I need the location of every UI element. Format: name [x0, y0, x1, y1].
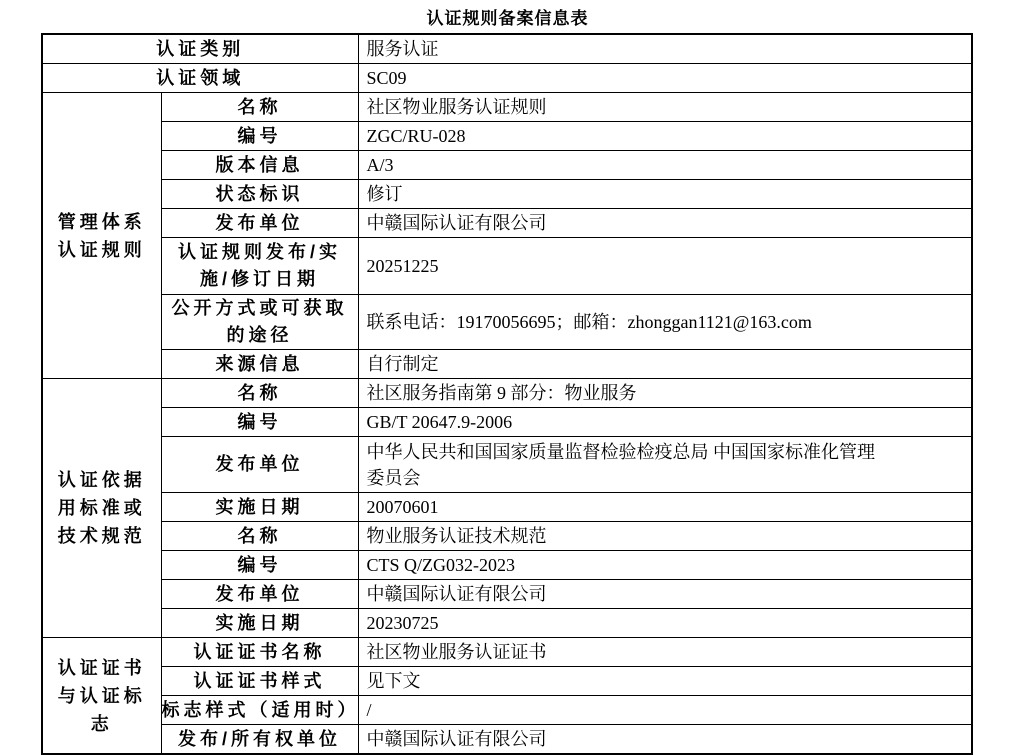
table-row: 编号 ZGC/RU-028 [42, 122, 972, 151]
field-label-number: 编号 [161, 551, 358, 580]
field-label-publisher: 发布单位 [161, 209, 358, 238]
field-label-mark-style: 标志样式（适用时） [161, 696, 358, 725]
table-row: 实施日期 20230725 [42, 609, 972, 638]
field-value-status: 修订 [358, 180, 972, 209]
field-label-number: 编号 [161, 122, 358, 151]
field-value-number: ZGC/RU-028 [358, 122, 972, 151]
filing-info-table: 认证类别 服务认证 认证领域 SC09 管理体系 认证规则 名称 社区物业服务认… [41, 33, 973, 734]
field-value-certificate-name: 社区物业服务认证证书 [358, 638, 972, 667]
table-row: 认证证书样式 见下文 [42, 667, 972, 696]
field-value-source: 自行制定 [358, 350, 972, 379]
field-label-publisher: 发布单位 [161, 437, 358, 493]
table-row: 发布单位 中华人民共和国国家质量监督检验检疫总局 中国国家标准化管理 委员会 [42, 437, 972, 493]
table-row: 认证类别 服务认证 [42, 34, 972, 64]
field-value-number: CTS Q/ZG032-2023 [358, 551, 972, 580]
section-label-management-rules: 管理体系 认证规则 [42, 93, 161, 379]
table-row: 来源信息 自行制定 [42, 350, 972, 379]
field-label-cert-category: 认证类别 [42, 34, 358, 64]
field-value-mark-style: / [358, 696, 972, 725]
field-value-version: A/3 [358, 151, 972, 180]
field-value-publisher: 中华人民共和国国家质量监督检验检疫总局 中国国家标准化管理 委员会 [358, 437, 972, 493]
field-label-cert-field: 认证领域 [42, 64, 358, 93]
field-value-number: GB/T 20647.9-2006 [358, 408, 972, 437]
table-row: 实施日期 20070601 [42, 493, 972, 522]
table-row: 管理体系 认证规则 名称 社区物业服务认证规则 [42, 93, 972, 122]
section-label-certificate-mark: 认证证书 与认证标 志 [42, 638, 161, 735]
field-value-implementation-date: 20230725 [358, 609, 972, 638]
field-value-name: 物业服务认证技术规范 [358, 522, 972, 551]
field-label-source: 来源信息 [161, 350, 358, 379]
field-label-name: 名称 [161, 522, 358, 551]
table-row: 标志样式（适用时） / [42, 696, 972, 725]
table-row: 发布单位 中赣国际认证有限公司 [42, 209, 972, 238]
table-row: 发布单位 中赣国际认证有限公司 [42, 580, 972, 609]
field-label-name: 名称 [161, 379, 358, 408]
table-row: 版本信息 A/3 [42, 151, 972, 180]
field-value-publish-date: 20251225 [358, 238, 972, 295]
table-row: 编号 GB/T 20647.9-2006 [42, 408, 972, 437]
table-row: 认证证书 与认证标 志 认证证书名称 社区物业服务认证证书 [42, 638, 972, 667]
section-label-standards: 认证依据 用标准或 技术规范 [42, 379, 161, 638]
field-label-ownership-unit: 发布/所有权单位 [161, 725, 358, 735]
table-row: 编号 CTS Q/ZG032-2023 [42, 551, 972, 580]
field-value-publisher: 中赣国际认证有限公司 [358, 580, 972, 609]
field-label-publish-date: 认证规则发布/实 施/修订日期 [161, 238, 358, 295]
field-label-publisher: 发布单位 [161, 580, 358, 609]
field-label-status: 状态标识 [161, 180, 358, 209]
field-value-certificate-style: 见下文 [358, 667, 972, 696]
table-row: 发布/所有权单位 中赣国际认证有限公司 [42, 725, 972, 735]
field-value-cert-category: 服务认证 [358, 34, 972, 64]
field-value-access-method: 联系电话：19170056695；邮箱：zhonggan1121@163.com [358, 295, 972, 350]
field-label-implementation-date: 实施日期 [161, 493, 358, 522]
field-label-version: 版本信息 [161, 151, 358, 180]
field-value-publisher: 中赣国际认证有限公司 [358, 209, 972, 238]
table-row: 名称 物业服务认证技术规范 [42, 522, 972, 551]
page-title: 认证规则备案信息表 [0, 4, 1015, 29]
field-label-certificate-name: 认证证书名称 [161, 638, 358, 667]
field-label-name: 名称 [161, 93, 358, 122]
table-row: 状态标识 修订 [42, 180, 972, 209]
field-value-name: 社区服务指南第 9 部分：物业服务 [358, 379, 972, 408]
field-label-number: 编号 [161, 408, 358, 437]
field-value-cert-field: SC09 [358, 64, 972, 93]
field-value-implementation-date: 20070601 [358, 493, 972, 522]
field-label-implementation-date: 实施日期 [161, 609, 358, 638]
field-label-access-method: 公开方式或可获取 的途径 [161, 295, 358, 350]
table-row: 认证规则发布/实 施/修订日期 20251225 [42, 238, 972, 295]
table-row: 认证依据 用标准或 技术规范 名称 社区服务指南第 9 部分：物业服务 [42, 379, 972, 408]
table-row: 认证领域 SC09 [42, 64, 972, 93]
field-label-certificate-style: 认证证书样式 [161, 667, 358, 696]
table-row: 公开方式或可获取 的途径 联系电话：19170056695；邮箱：zhongga… [42, 295, 972, 350]
field-value-name: 社区物业服务认证规则 [358, 93, 972, 122]
field-value-ownership-unit: 中赣国际认证有限公司 [358, 725, 972, 735]
